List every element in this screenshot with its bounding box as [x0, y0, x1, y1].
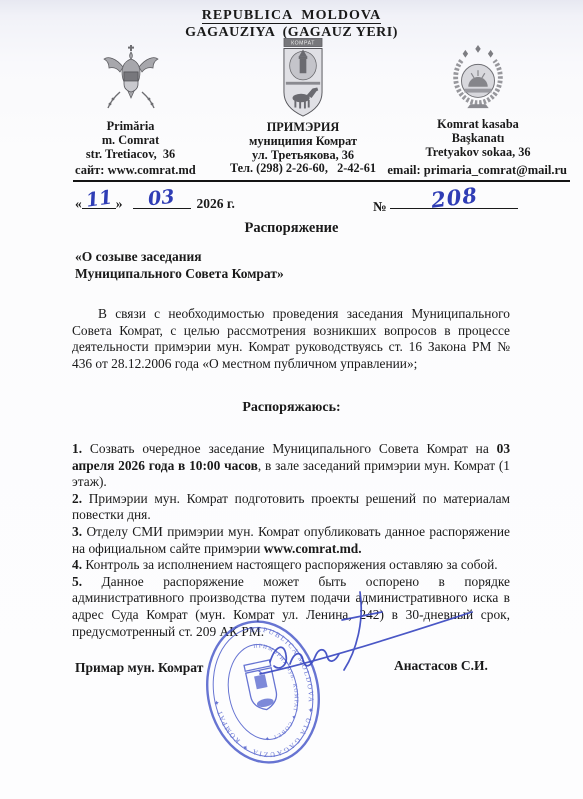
letterhead-line: m. Comrat — [38, 134, 223, 148]
letterhead-line: Tretyakov sokaa, 36 — [392, 146, 564, 160]
letterhead-line: ПРИМЭРИЯ — [223, 121, 383, 135]
order-item-1: 1. Созвать очередное заседание Муниципал… — [72, 441, 510, 491]
letterhead-line: Komrat kasaba — [392, 118, 564, 132]
order-item-2: 2. Примэрии мун. Комрат подготовить прое… — [72, 491, 510, 524]
letterhead-right-column: Komrat kasaba Başkanatı Tretyakov sokaa,… — [392, 44, 564, 159]
date-number-line: «11»032026 г. № 208 — [75, 191, 518, 217]
document-subject: «О созыве заседания Муниципального Совет… — [75, 249, 284, 282]
order-item-4: 4. Контроль за исполнением настоящего ра… — [72, 557, 510, 574]
scanned-order-document: REPUBLICA MOLDOVA GAGAUZIYA (GAGAUZ YERI… — [0, 0, 583, 799]
resolve-heading: Распоряжаюсь: — [0, 400, 583, 416]
website-label: сайт: www.comrat.md — [75, 163, 196, 178]
number-label: № — [373, 199, 387, 214]
letterhead-left-column: Primăria m. Comrat str. Tretiacov, 36 — [38, 44, 223, 161]
email-label: email: primaria_comrat@mail.ru — [387, 163, 567, 178]
letterhead-line: Başkanatı — [392, 132, 564, 146]
handwritten-number: 208 — [429, 182, 479, 213]
letterhead-center-column: КОМРАТ ПРИМЭРИЯ муниципия Комрат ул. Тре… — [223, 38, 383, 176]
letterhead-line: муниципия Комрат — [223, 135, 383, 149]
quote-close: » — [116, 196, 123, 211]
handwritten-day: 11 — [84, 186, 113, 211]
subject-line: Муниципального Совета Комрат» — [75, 266, 284, 283]
month-blank: 03 — [133, 191, 191, 209]
intro-paragraph: В связи с необходимостью проведения засе… — [72, 306, 510, 372]
handwritten-month: 03 — [147, 186, 176, 211]
letterhead-divider — [73, 180, 570, 182]
signature-icon — [246, 582, 480, 686]
comrat-banner-label: КОМРАТ — [291, 40, 315, 46]
day-blank: 11 — [82, 191, 116, 209]
number-group: № 208 — [373, 191, 518, 215]
number-blank: 208 — [390, 191, 518, 209]
subject-line: «О созыве заседания — [75, 249, 284, 266]
moldova-coat-of-arms-icon — [103, 44, 159, 116]
republic-title: REPUBLICA MOLDOVA — [0, 8, 583, 24]
quote-open: « — [75, 196, 82, 211]
gagauzia-coat-of-arms-icon — [448, 44, 508, 112]
letterhead-line: ул. Третьякова, 36 — [223, 149, 383, 163]
republic-title-text: REPUBLICA MOLDOVA — [202, 8, 382, 24]
letterhead-line: Primăria — [38, 120, 223, 134]
letterhead-line: str. Tretiacov, 36 — [38, 148, 223, 162]
document-title: Распоряжение — [0, 220, 583, 237]
year-suffix: 2026 г. — [197, 196, 235, 211]
order-item-3: 3. Отделу СМИ примэрии мун. Комрат опубл… — [72, 524, 510, 557]
signer-position-label: Примар мун. Комрат — [75, 660, 203, 676]
letterhead-line: Тел. (298) 2-26-60, 2-42-61 — [223, 162, 383, 176]
comrat-city-emblem-icon: КОМРАТ — [280, 38, 326, 118]
